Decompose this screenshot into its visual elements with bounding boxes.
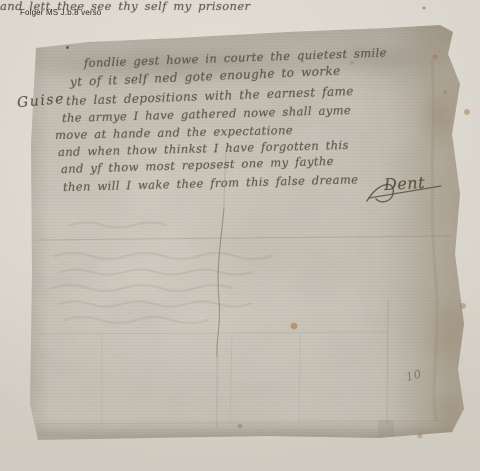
stain-right-blob-1	[418, 86, 462, 148]
stain-bottom-edge	[38, 420, 458, 442]
stain-top-band-2	[298, 42, 458, 76]
photo-label: Folger MS J.b.8 verso	[20, 8, 101, 17]
manuscript-leaf	[28, 24, 468, 442]
stain-top-band	[38, 46, 338, 84]
stain-middle	[118, 174, 378, 314]
manuscript-photo: Folger MS J.b.8 verso	[0, 0, 480, 471]
stain-right-band	[390, 24, 468, 442]
stain-right-blob-3	[430, 384, 472, 440]
stain-right-blob-2	[426, 289, 476, 389]
